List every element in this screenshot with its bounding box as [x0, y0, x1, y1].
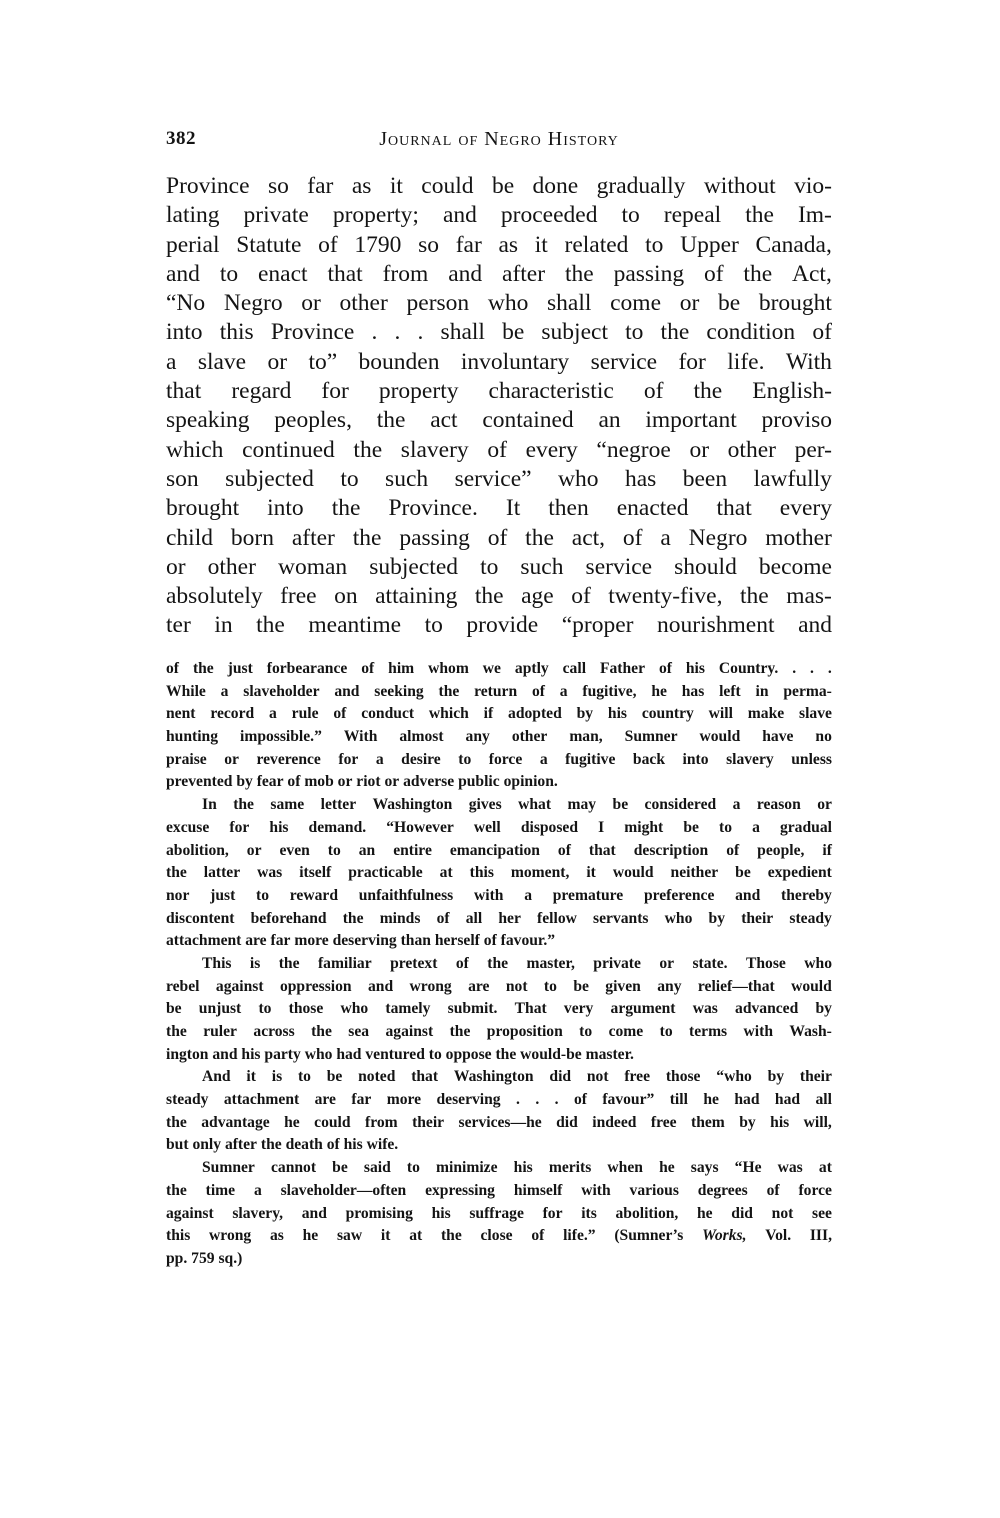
body-text-line: andtoenactthatfromandafterthepassingofth… [166, 260, 832, 289]
footnote-line: Thisisthefamiliarpretextofthemaster,priv… [166, 953, 832, 976]
body-text-line: “NoNegroorotherpersonwhoshallcomeorbebro… [166, 289, 832, 318]
footnote-line: steadyattachmentarefarmoredeserving...of… [166, 1089, 832, 1112]
footnote-line: norjusttorewardunfaithfulnesswithapremat… [166, 885, 832, 908]
footnote-line: ofthejustforbearanceofhimwhomweaptlycall… [166, 658, 832, 681]
footnote-section: ofthejustforbearanceofhimwhomweaptlycall… [166, 658, 832, 1271]
running-head: 382 Journal of Negro History [166, 128, 832, 154]
body-text-line: whichcontinuedtheslaveryofevery“negroeor… [166, 436, 832, 465]
footnote-line: abolition,oreventoanentireemancipationof… [166, 840, 832, 863]
body-text-line: sonsubjectedtosuchservice”whohasbeenlawf… [166, 465, 832, 494]
footnote-line: thelatterwasitselfpracticableatthismomen… [166, 862, 832, 885]
footnote-line: beunjusttothosewhotamelysubmit.Thatverya… [166, 998, 832, 1021]
footnote-line: but only after the death of his wife. [166, 1134, 832, 1157]
footnote-line: AnditistobenotedthatWashingtondidnotfree… [166, 1066, 832, 1089]
footnote-paragraph: ofthejustforbearanceofhimwhomweaptlycall… [166, 658, 832, 794]
footnote-line: InthesameletterWashingtongiveswhatmaybec… [166, 794, 832, 817]
body-text-line: terinthemeantimetoprovide“propernourishm… [166, 611, 832, 640]
footnote-paragraph: Sumnercannotbesaidtominimizehismeritswhe… [166, 1157, 832, 1270]
footnote-line: attachment are far more deserving than h… [166, 930, 832, 953]
body-text-line: thatregardforpropertycharacteristicofthe… [166, 377, 832, 406]
body-text-line: orotherwomansubjectedtosuchserviceshould… [166, 553, 832, 582]
footnote-line: excuseforhisdemand.“HoweverwelldisposedI… [166, 817, 832, 840]
footnote-line: discontentbeforehandthemindsofallherfell… [166, 908, 832, 931]
footnote-line: againstslavery,andpromisinghissuffragefo… [166, 1203, 832, 1226]
body-text-line: broughtintotheProvince.Itthenenactedthat… [166, 494, 832, 523]
body-text-line: latingprivateproperty;andproceededtorepe… [166, 201, 832, 230]
body-text-line: childbornafterthepassingoftheact,ofaNegr… [166, 524, 832, 553]
body-text-line: Provincesofarasitcouldbedonegraduallywit… [166, 172, 832, 201]
footnote-line: praiseorreverenceforadesiretoforceafugit… [166, 749, 832, 772]
footnote-paragraph: AnditistobenotedthatWashingtondidnotfree… [166, 1066, 832, 1157]
footnote-line: Sumnercannotbesaidtominimizehismeritswhe… [166, 1157, 832, 1180]
footnote-line: prevented by fear of mob or riot or adve… [166, 771, 832, 794]
footnote-line: huntingimpossible.”Withalmostanyotherman… [166, 726, 832, 749]
body-text-line: absolutelyfreeonattainingtheageoftwenty-… [166, 582, 832, 611]
footnote-line: thiswrongashesawitatthecloseoflife.”(Sum… [166, 1225, 832, 1248]
footnote-line: theadvantagehecouldfromtheirservices—hed… [166, 1112, 832, 1135]
body-text-line: speakingpeoples,theactcontainedanimporta… [166, 406, 832, 435]
body-text-line: aslaveorto”boundeninvoluntaryserviceforl… [166, 348, 832, 377]
main-body-text: Provincesofarasitcouldbedonegraduallywit… [166, 172, 832, 641]
body-text-line: perialStatuteof1790sofarasitrelatedtoUpp… [166, 231, 832, 260]
footnote-line: rebelagainstoppressionandwrongarenottobe… [166, 976, 832, 999]
footnote-paragraph: Thisisthefamiliarpretextofthemaster,priv… [166, 953, 832, 1066]
journal-title: Journal of Negro History [166, 128, 832, 151]
footnote-line: pp. 759 sq.) [166, 1248, 832, 1271]
body-text-line: intothisProvince...shallbesubjecttotheco… [166, 318, 832, 347]
footnote-line: ington and his party who had ventured to… [166, 1044, 832, 1067]
footnote-paragraph: InthesameletterWashingtongiveswhatmaybec… [166, 794, 832, 953]
footnote-line: nentrecordaruleofconductwhichifadoptedby… [166, 703, 832, 726]
footnote-line: thetimeaslaveholder—oftenexpressinghimse… [166, 1180, 832, 1203]
footnote-line: Whileaslaveholderandseekingthereturnofaf… [166, 681, 832, 704]
footnote-line: theruleracrosstheseaagainstthepropositio… [166, 1021, 832, 1044]
